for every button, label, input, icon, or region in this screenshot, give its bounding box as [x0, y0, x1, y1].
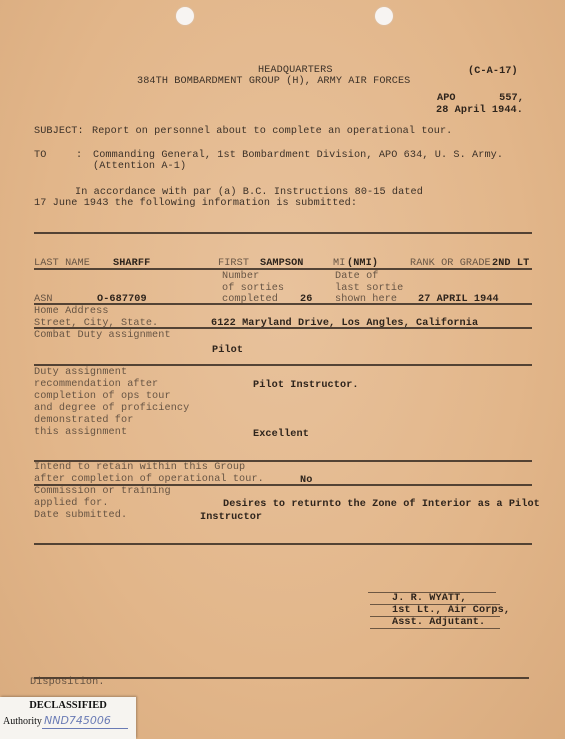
- asn-value: O-687709: [97, 294, 147, 305]
- intro-line2: 17 June 1943 the following information i…: [34, 198, 357, 209]
- subject-text: Report on personnel about to complete an…: [92, 126, 452, 137]
- divider: [34, 364, 532, 366]
- signature-rule: [370, 628, 500, 629]
- intro-line1: In accordance with par (a) B.C. Instruct…: [75, 187, 423, 198]
- header-line2: 384TH BOMBARDMENT GROUP (H), ARMY AIR FO…: [137, 76, 410, 87]
- commission-label-1: Commission or training: [34, 486, 171, 497]
- mi-label: MI: [333, 258, 345, 269]
- to-line2: (Attention A-1): [93, 161, 186, 172]
- signature-name: J. R. WYATT,: [392, 593, 467, 604]
- mi-value: (NMI): [347, 258, 378, 269]
- duty-label-6: this assignment: [34, 427, 127, 438]
- stamp-title: DECLASSIFIED: [0, 700, 136, 711]
- first-name-label: FIRST: [218, 258, 249, 269]
- commission-value-1: Desires to returnto the Zone of Interior…: [223, 499, 540, 510]
- punch-hole-left: [176, 7, 194, 25]
- disposition-label: Disposition.: [30, 677, 105, 688]
- stamp-underline: [42, 728, 128, 729]
- last-sortie-value: 27 APRIL 1944: [418, 294, 499, 305]
- header-line1: HEADQUARTERS: [258, 65, 333, 76]
- commission-label-2: applied for.: [34, 498, 109, 509]
- last-name-value: SHARFF: [113, 258, 150, 269]
- retain-label-1: Intend to retain within this Group: [34, 462, 245, 473]
- commission-label-3: Date submitted.: [34, 510, 127, 521]
- stamp-authority-value: NND745006: [44, 714, 111, 727]
- asn-label: ASN: [34, 294, 53, 305]
- rank-label: RANK OR GRADE: [410, 258, 491, 269]
- duty-recommendation-value: Pilot Instructor.: [253, 380, 359, 391]
- subject-label: SUBJECT:: [34, 126, 84, 137]
- home-label-1: Home Address: [34, 306, 109, 317]
- signature-title: Asst. Adjutant.: [392, 617, 485, 628]
- retain-value: No: [300, 475, 312, 486]
- duty-label-3: completion of ops tour: [34, 391, 171, 402]
- combat-value: Pilot: [212, 345, 243, 356]
- divider: [34, 677, 529, 679]
- sorties-label-3: completed: [222, 294, 278, 305]
- first-name-value: SAMPSON: [260, 258, 304, 269]
- home-label-2: Street, City, State.: [34, 318, 158, 329]
- proficiency-value: Excellent: [253, 429, 309, 440]
- form-code: (C-A-17): [468, 66, 518, 77]
- to-line1: Commanding General, 1st Bombardment Divi…: [93, 150, 503, 161]
- declassified-stamp: DECLASSIFIED Authority NND745006: [0, 697, 136, 739]
- divider: [34, 543, 532, 545]
- sorties-value: 26: [300, 294, 312, 305]
- last-name-label: LAST NAME: [34, 258, 90, 269]
- commission-value-2: Instructor: [200, 512, 262, 523]
- rank-value: 2ND LT: [492, 258, 529, 269]
- combat-label: Combat Duty assignment: [34, 330, 171, 341]
- sorties-label-2: of sorties: [222, 283, 284, 294]
- last-sortie-label-1: Date of: [335, 271, 379, 282]
- last-sortie-label-3: shown here: [335, 294, 397, 305]
- home-address-value: 6122 Maryland Drive, Los Angles, Califor…: [211, 318, 478, 329]
- duty-label-2: recommendation after: [34, 379, 158, 390]
- to-separator: :: [76, 150, 82, 161]
- document-date: 28 April 1944.: [436, 105, 523, 116]
- apo: APO 557,: [437, 93, 524, 104]
- stamp-authority-label: Authority: [3, 716, 42, 727]
- duty-label-1: Duty assignment: [34, 367, 127, 378]
- divider: [34, 232, 532, 234]
- punch-hole-right: [375, 7, 393, 25]
- to-label: TO: [34, 150, 46, 161]
- sorties-label-1: Number: [222, 271, 259, 282]
- signature-rank: 1st Lt., Air Corps,: [392, 605, 510, 616]
- duty-label-5: demonstrated for: [34, 415, 133, 426]
- last-sortie-label-2: last sortie: [335, 283, 403, 294]
- duty-label-4: and degree of proficiency: [34, 403, 189, 414]
- retain-label-2: after completion of operational tour.: [34, 474, 264, 485]
